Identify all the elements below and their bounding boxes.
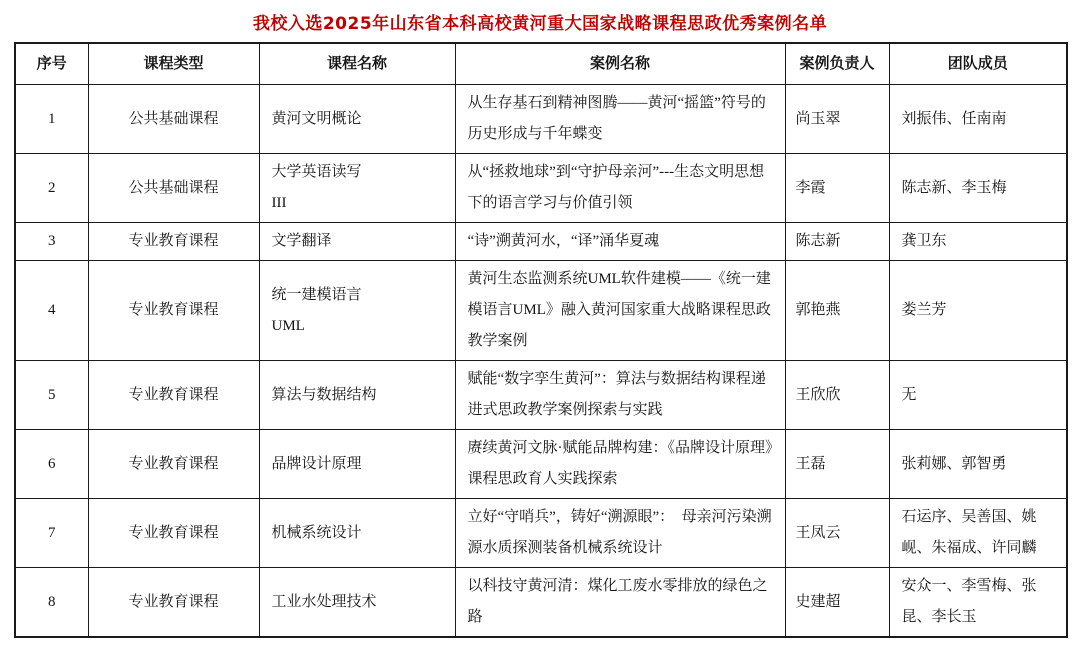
cell-course-name: 文学翻译: [259, 223, 455, 261]
cell-seq: 4: [15, 261, 88, 361]
cell-leader: 郭艳燕: [785, 261, 889, 361]
cell-course-name: 品牌设计原理: [259, 430, 455, 499]
cell-leader: 王凤云: [785, 499, 889, 568]
table-header-row: 序号 课程类型 课程名称 案例名称 案例负责人 团队成员: [15, 43, 1067, 85]
cell-course-name: 算法与数据结构: [259, 361, 455, 430]
cell-team: 娄兰芳: [889, 261, 1067, 361]
cell-course-type: 专业教育课程: [88, 430, 259, 499]
cell-case-name: 从生存基石到精神图腾——黄河“摇篮”符号的历史形成与千年蝶变: [455, 85, 785, 154]
cell-course-type: 专业教育课程: [88, 361, 259, 430]
cell-team: 石运序、吴善国、姚岘、朱福成、许同麟: [889, 499, 1067, 568]
cell-leader: 王欣欣: [785, 361, 889, 430]
header-course-type: 课程类型: [88, 43, 259, 85]
cell-course-name: 黄河文明概论: [259, 85, 455, 154]
table-row: 7专业教育课程机械系统设计立好“守哨兵”，铸好“溯源眼”： 母亲河污染溯源水质探…: [15, 499, 1067, 568]
cell-case-name: 赋能“数字孪生黄河”：算法与数据结构课程递进式思政教学案例探索与实践: [455, 361, 785, 430]
page-title: 我校入选2025年山东省本科高校黄河重大国家战略课程思政优秀案例名单: [0, 0, 1080, 34]
cell-team: 陈志新、李玉梅: [889, 154, 1067, 223]
cell-case-name: 赓续黄河文脉·赋能品牌构建：《品牌设计原理》课程思政育人实践探索: [455, 430, 785, 499]
cell-course-type: 专业教育课程: [88, 223, 259, 261]
cell-case-name: 立好“守哨兵”，铸好“溯源眼”： 母亲河污染溯源水质探测装备机械系统设计: [455, 499, 785, 568]
table-row: 1公共基础课程黄河文明概论从生存基石到精神图腾——黄河“摇篮”符号的历史形成与千…: [15, 85, 1067, 154]
cell-leader: 王磊: [785, 430, 889, 499]
cases-table: 序号 课程类型 课程名称 案例名称 案例负责人 团队成员 1公共基础课程黄河文明…: [14, 42, 1068, 638]
cell-seq: 1: [15, 85, 88, 154]
page: 我校入选2025年山东省本科高校黄河重大国家战略课程思政优秀案例名单 序号 课程…: [0, 0, 1080, 648]
header-case-name: 案例名称: [455, 43, 785, 85]
header-seq: 序号: [15, 43, 88, 85]
cell-team: 张莉娜、郭智勇: [889, 430, 1067, 499]
cell-course-type: 专业教育课程: [88, 568, 259, 638]
cell-seq: 6: [15, 430, 88, 499]
table-row: 3专业教育课程文学翻译“诗”溯黄河水，“译”涌华夏魂陈志新龚卫东: [15, 223, 1067, 261]
cell-team: 无: [889, 361, 1067, 430]
table-row: 4专业教育课程统一建模语言 UML黄河生态监测系统UML软件建模——《统一建模语…: [15, 261, 1067, 361]
table-row: 2公共基础课程大学英语读写 III从“拯救地球”到“守护母亲河”---生态文明思…: [15, 154, 1067, 223]
table-row: 6专业教育课程品牌设计原理赓续黄河文脉·赋能品牌构建：《品牌设计原理》课程思政育…: [15, 430, 1067, 499]
cell-case-name: 从“拯救地球”到“守护母亲河”---生态文明思想下的语言学习与价值引领: [455, 154, 785, 223]
cell-team: 安众一、李雪梅、张昆、李长玉: [889, 568, 1067, 638]
header-leader: 案例负责人: [785, 43, 889, 85]
cell-case-name: 黄河生态监测系统UML软件建模——《统一建模语言UML》融入黄河国家重大战略课程…: [455, 261, 785, 361]
cell-case-name: “诗”溯黄河水，“译”涌华夏魂: [455, 223, 785, 261]
cell-seq: 2: [15, 154, 88, 223]
cell-course-type: 专业教育课程: [88, 261, 259, 361]
cell-team: 龚卫东: [889, 223, 1067, 261]
table-row: 8专业教育课程工业水处理技术以科技守黄河清：煤化工废水零排放的绿色之路史建超安众…: [15, 568, 1067, 638]
table-row: 5专业教育课程算法与数据结构赋能“数字孪生黄河”：算法与数据结构课程递进式思政教…: [15, 361, 1067, 430]
cell-seq: 7: [15, 499, 88, 568]
cell-course-name: 机械系统设计: [259, 499, 455, 568]
cell-leader: 史建超: [785, 568, 889, 638]
cell-course-type: 专业教育课程: [88, 499, 259, 568]
cell-course-type: 公共基础课程: [88, 154, 259, 223]
cell-leader: 陈志新: [785, 223, 889, 261]
cell-course-type: 公共基础课程: [88, 85, 259, 154]
cell-course-name: 统一建模语言 UML: [259, 261, 455, 361]
header-course-name: 课程名称: [259, 43, 455, 85]
cell-course-name: 大学英语读写 III: [259, 154, 455, 223]
cell-seq: 5: [15, 361, 88, 430]
cell-seq: 8: [15, 568, 88, 638]
cell-leader: 李霞: [785, 154, 889, 223]
table-body: 1公共基础课程黄河文明概论从生存基石到精神图腾——黄河“摇篮”符号的历史形成与千…: [15, 85, 1067, 638]
cell-leader: 尚玉翠: [785, 85, 889, 154]
cell-seq: 3: [15, 223, 88, 261]
header-team: 团队成员: [889, 43, 1067, 85]
cell-course-name: 工业水处理技术: [259, 568, 455, 638]
cell-case-name: 以科技守黄河清：煤化工废水零排放的绿色之路: [455, 568, 785, 638]
cell-team: 刘振伟、任南南: [889, 85, 1067, 154]
